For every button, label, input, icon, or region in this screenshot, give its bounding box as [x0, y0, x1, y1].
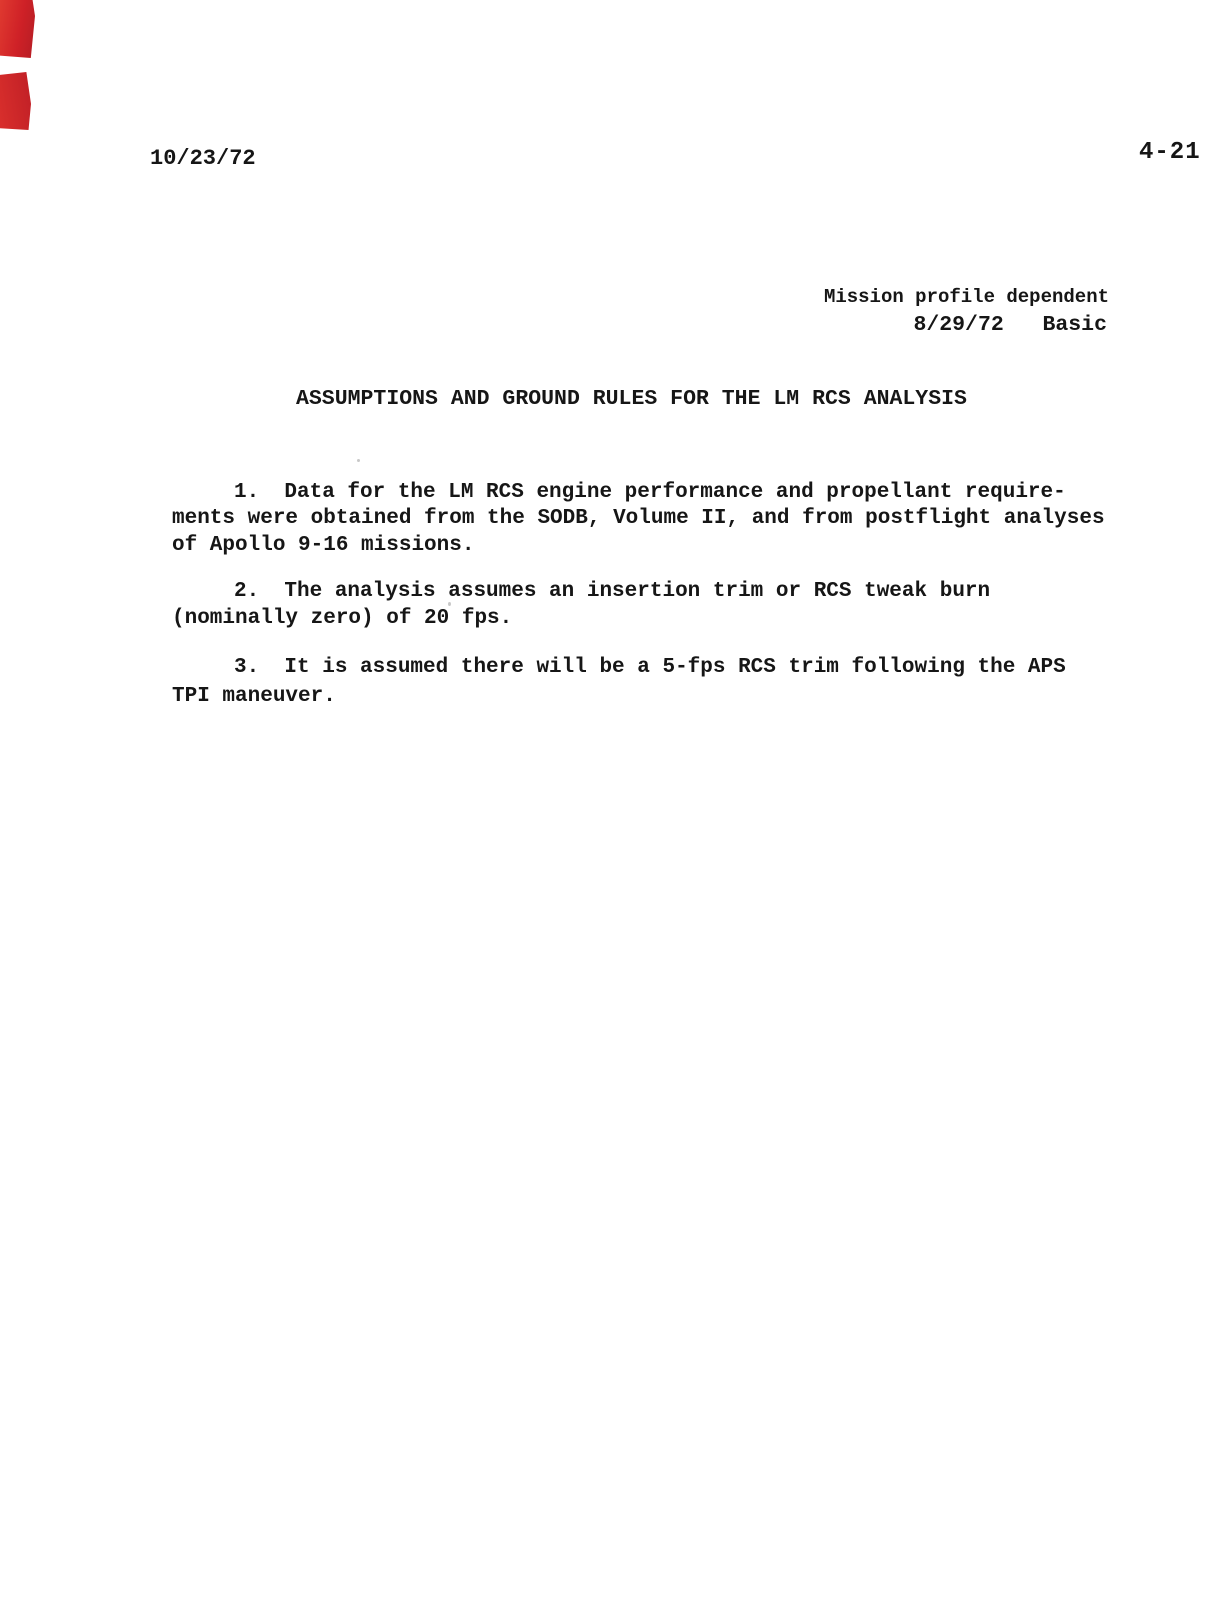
paragraph-1-line-1: 1. Data for the LM RCS engine performanc…	[234, 482, 1066, 504]
page-number: 4-21	[1139, 140, 1201, 165]
red-ink-mark-top	[0, 0, 35, 58]
scanned-document-page: 10/23/72 4-21 Mission profile dependent …	[0, 0, 1216, 1615]
paragraph-3-line-1: 3. It is assumed there will be a 5-fps R…	[234, 657, 1066, 679]
annotation-line-1: Mission profile dependent	[824, 288, 1109, 308]
document-title: ASSUMPTIONS AND GROUND RULES FOR THE LM …	[296, 388, 967, 411]
paragraph-1-line-3: of Apollo 9-16 missions.	[172, 535, 474, 557]
typed-date: 10/23/72	[150, 147, 256, 170]
red-ink-mark-bottom	[0, 72, 31, 130]
paragraph-1-line-2: ments were obtained from the SODB, Volum…	[172, 508, 1105, 530]
paragraph-2-line-2: (nominally zero) of 20 fps.	[172, 608, 512, 630]
paragraph-3-line-2: TPI maneuver.	[172, 686, 336, 708]
scan-speck	[357, 459, 360, 462]
paragraph-2-line-1: 2. The analysis assumes an insertion tri…	[234, 581, 990, 603]
annotation-line-2: 8/29/72 Basic	[913, 314, 1107, 337]
